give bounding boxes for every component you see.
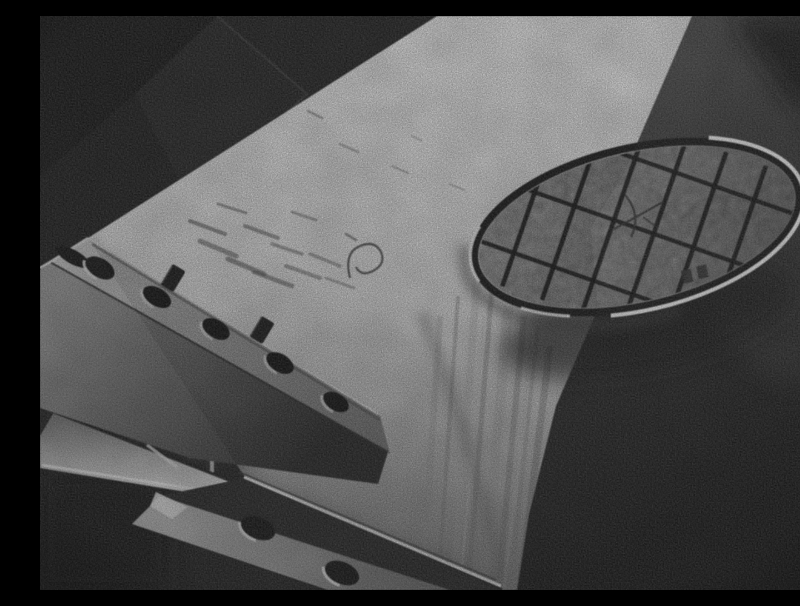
photo-canvas: Wedge model with circular wire-mesh grid xyxy=(40,16,800,590)
vignette xyxy=(40,16,800,590)
photograph: Wedge model with circular wire-mesh grid xyxy=(40,16,800,590)
film-grain-overlay xyxy=(40,16,800,590)
